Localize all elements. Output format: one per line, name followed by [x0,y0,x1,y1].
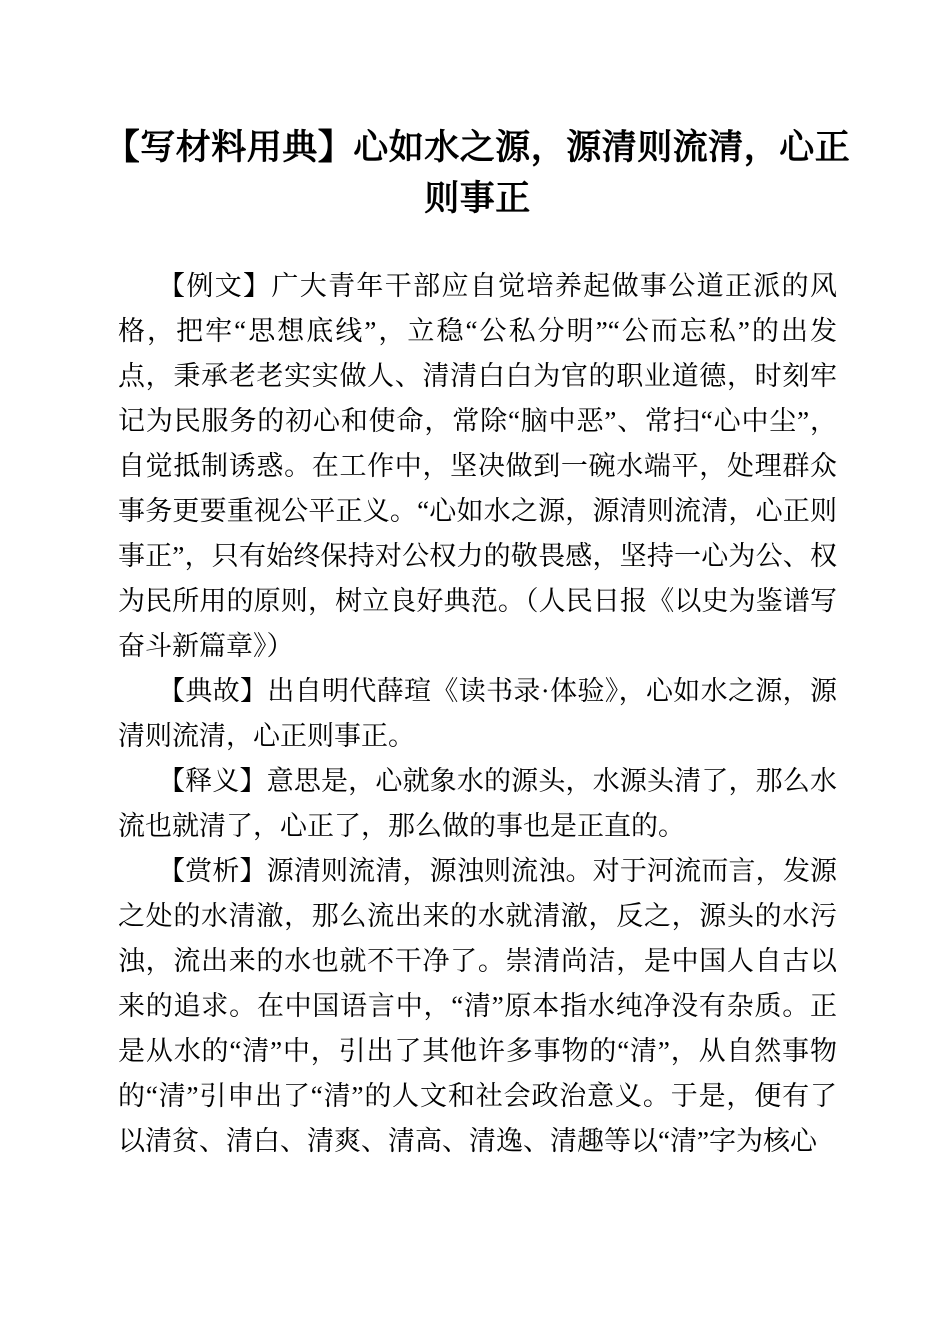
document-page: 【写材料用典】心如水之源，源清则流清，心正则事正 【例文】广大青年干部应自觉培养… [0,0,950,1344]
paragraph-shangxi: 【赏析】源清则流清，源浊则流浊。对于河流而言，发源之处的水清澈，那么流出来的水就… [118,849,837,1164]
document-body: 【例文】广大青年干部应自觉培养起做事公道正派的风格，把牢“思想底线”，立稳“公私… [118,264,837,1164]
paragraph-shiyi: 【释义】意思是，心就象水的源头，水源头清了，那么水流也就清了，心正了，那么做的事… [118,759,837,849]
paragraph-liwen: 【例文】广大青年干部应自觉培养起做事公道正派的风格，把牢“思想底线”，立稳“公私… [118,264,837,669]
paragraph-diangu: 【典故】出自明代薛瑄《读书录·体验》，心如水之源，源清则流清，心正则事正。 [118,669,837,759]
document-title: 【写材料用典】心如水之源，源清则流清，心正则事正 [104,0,851,224]
